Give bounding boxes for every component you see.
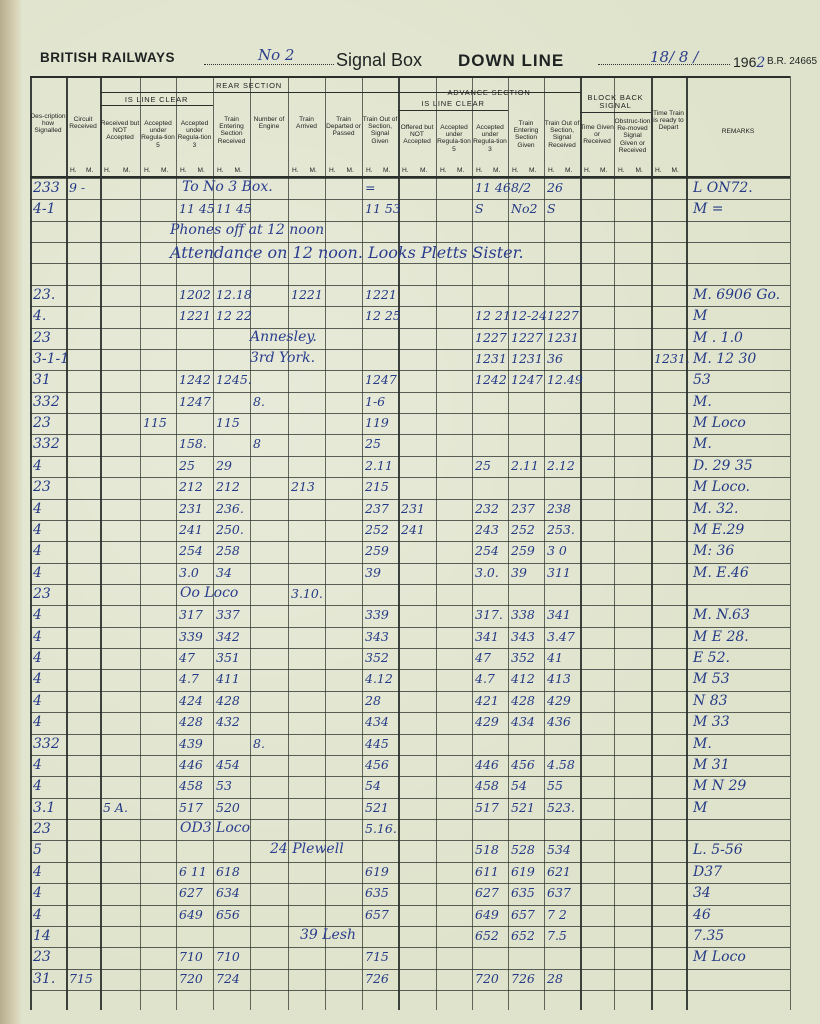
entry-remarks: M . 1.0 — [693, 330, 789, 346]
entry-acc3-rear: 1202 — [179, 287, 212, 302]
entry-out-rear: 715 — [365, 949, 397, 964]
minute-label: M. — [383, 167, 390, 174]
row-rule — [30, 178, 790, 179]
row-rule — [30, 712, 790, 713]
entry-ent-adv: 434 — [511, 714, 543, 729]
entry-acc3-adv: 611 — [475, 864, 507, 879]
year-printed: 196 — [733, 54, 756, 70]
entry-acc3-adv: 1227 — [475, 330, 507, 345]
entry-acc3-rear: 25 — [179, 458, 212, 473]
entry-ent-adv: 39 — [511, 565, 543, 580]
entry-desc: 23 — [33, 821, 65, 837]
entry-ent-adv: 8/2 — [511, 180, 543, 195]
entry-remarks: M N 29 — [693, 778, 789, 794]
row-rule — [30, 969, 790, 970]
row-rule — [30, 477, 790, 478]
entry-desc: 4 — [33, 458, 65, 474]
column-rule — [362, 76, 363, 1010]
entry-out-rear: 1221 — [365, 287, 397, 302]
entry-acc3-adv: 232 — [475, 501, 507, 516]
entry-desc: 5 — [33, 842, 65, 858]
entry-out-rear: 119 — [365, 415, 397, 430]
column-rule — [213, 76, 214, 1010]
entry-acc3-rear: 47 — [179, 650, 212, 665]
year: 1962 — [733, 54, 765, 71]
entry-acc3-adv: S — [475, 201, 507, 216]
row-rule — [30, 627, 790, 628]
entry-acc3-adv: 421 — [475, 693, 507, 708]
entry-ent-rear: 710 — [216, 949, 249, 964]
column-rule — [580, 76, 582, 1010]
entry-acc3-adv: 627 — [475, 885, 507, 900]
entry-ent-adv: 237 — [511, 501, 543, 516]
column-rule — [398, 76, 400, 1010]
entry-out-rear: 54 — [365, 778, 397, 793]
col-rear: Number of Engine — [250, 116, 288, 130]
entry-remarks: M E.29 — [693, 522, 789, 538]
entry-acc3-adv: 243 — [475, 522, 507, 537]
entry-note: Phones off at 12 noon — [170, 222, 324, 238]
entry-ent-adv: 352 — [511, 650, 543, 665]
entry-acc3-adv: 25 — [475, 458, 507, 473]
entry-remarks: M — [693, 308, 789, 324]
block-rule — [580, 112, 651, 113]
entry-ent-rear: 520 — [216, 800, 249, 815]
entry-remarks: M. — [693, 736, 789, 752]
entry-remarks: M Loco — [693, 415, 789, 431]
entry-desc: 4 — [33, 714, 65, 730]
box-number: No 2 — [258, 46, 294, 64]
col-advance: Train Out of Section, Signal Received — [544, 120, 580, 149]
line-direction: DOWN LINE — [458, 51, 564, 71]
entry-acc3-rear: 627 — [179, 885, 212, 900]
column-rule — [250, 76, 251, 1010]
entry-out-adv: 26 — [547, 180, 579, 195]
entry-ent-adv: 619 — [511, 864, 543, 879]
entry-ent-adv: 1231 — [511, 351, 543, 366]
column-rule — [436, 76, 437, 1010]
row-rule — [30, 669, 790, 670]
entry-desc: 4 — [33, 885, 65, 901]
entry-desc: 4 — [33, 907, 65, 923]
entry-ent-adv: 635 — [511, 885, 543, 900]
hour-label: H. — [655, 167, 662, 174]
column-rule — [686, 76, 688, 1010]
entry-ent-rear: 342 — [216, 629, 249, 644]
entry-desc: 4 — [33, 778, 65, 794]
entry-out-adv: 429 — [547, 693, 579, 708]
entry-remarks: D. 29 35 — [693, 458, 789, 474]
entry-acc3-adv: 518 — [475, 842, 507, 857]
entry-acc3-adv: 1231 — [475, 351, 507, 366]
entry-remarks: L. 5-56 — [693, 842, 789, 858]
column-rule — [614, 76, 615, 1010]
entry-out-adv: 4.58 — [547, 757, 579, 772]
entry-desc: 4 — [33, 565, 65, 581]
entry-desc: 23 — [33, 415, 65, 431]
minute-label: M. — [672, 167, 679, 174]
entry-remarks: M 33 — [693, 714, 789, 730]
entry-out-adv: 311 — [547, 565, 579, 580]
hour-label: H. — [292, 167, 299, 174]
entry-desc: 23. — [33, 287, 65, 303]
entry-out-adv: 7.5 — [547, 928, 579, 943]
entry-desc: 4-1 — [33, 201, 65, 217]
entry-ent-adv: 1227 — [511, 330, 543, 345]
entry-acc3-adv: 652 — [475, 928, 507, 943]
entry-remarks: M Loco — [693, 949, 789, 965]
entry-out-rear: 619 — [365, 864, 397, 879]
entry-desc: 3-1-1 — [33, 351, 65, 367]
hour-label: H. — [217, 167, 224, 174]
entry-out-rear: 252 — [365, 522, 397, 537]
row-rule — [30, 263, 790, 264]
column-rule — [100, 76, 102, 1010]
entry-out-adv: 238 — [547, 501, 579, 516]
entry-acc3-rear: 339 — [179, 629, 212, 644]
entry-out-rear: 215 — [365, 479, 397, 494]
entry-desc: 332 — [33, 436, 65, 452]
entry-desc: 31 — [33, 372, 65, 388]
row-rule — [30, 883, 790, 884]
entry-remarks: 34 — [693, 885, 789, 901]
row-rule — [30, 734, 790, 735]
entry-acc3-rear: 710 — [179, 949, 212, 964]
entry-acc3-adv: 429 — [475, 714, 507, 729]
entry-acc3-rear: 3.0 — [179, 565, 212, 580]
column-rule — [288, 76, 289, 1010]
entry-out-rear: 635 — [365, 885, 397, 900]
entry-out-rear: 5.16. — [365, 821, 397, 836]
entry-arrived: 1221 — [291, 287, 324, 302]
entry-remarks: M. 6906 Go. — [693, 287, 789, 303]
column-rule — [176, 76, 177, 1010]
entry-out-rear: 1-6 — [365, 394, 397, 409]
entry-ent-adv: 456 — [511, 757, 543, 772]
col-rear: Train Arrived — [288, 116, 325, 130]
row-rule — [30, 776, 790, 777]
entry-desc: 23 — [33, 479, 65, 495]
entry-ent-adv: 1247 — [511, 372, 543, 387]
entry-ent-adv: 652 — [511, 928, 543, 943]
entry-out-rear: 343 — [365, 629, 397, 644]
page-header: BRITISH RAILWAYS No 2 Signal Box DOWN LI… — [40, 44, 820, 74]
hour-label: H. — [104, 167, 111, 174]
col-advance: Offered but NOT Accepted — [398, 124, 436, 146]
entry-out-rear: 456 — [365, 757, 397, 772]
entry-out-rear: 237 — [365, 501, 397, 516]
organisation-title: BRITISH RAILWAYS — [40, 50, 175, 65]
entry-desc: 4 — [33, 501, 65, 517]
entry-remarks: M. E.46 — [693, 565, 789, 581]
minute-label: M. — [161, 167, 168, 174]
entry-out-adv: 341 — [547, 607, 579, 622]
book-spine — [0, 0, 22, 1024]
entry-desc: 4 — [33, 607, 65, 623]
entry-out-adv: 1227 — [547, 308, 579, 323]
rear-group-rule — [100, 92, 398, 93]
row-rule — [30, 456, 790, 457]
date-handwritten: 18/ 8 / — [650, 48, 698, 66]
minute-label: M. — [198, 167, 205, 174]
entry-note: Oo Loco — [180, 585, 238, 601]
entry-out-rear: 12 25 — [365, 308, 397, 323]
entry-acc3-adv: 47 — [475, 650, 507, 665]
hour-label: H. — [512, 167, 519, 174]
column-rule — [790, 76, 791, 1010]
row-rule — [30, 434, 790, 435]
entry-ent-adv: 12-24 — [511, 308, 543, 323]
minute-label: M. — [123, 167, 130, 174]
entry-ent-rear: 258 — [216, 543, 249, 558]
entry-ent-adv: 2.11 — [511, 458, 543, 473]
minute-label: M. — [600, 167, 607, 174]
row-rule — [30, 798, 790, 799]
entry-acc3-rear: 231 — [179, 501, 212, 516]
entry-out-adv: 436 — [547, 714, 579, 729]
col-description: Des-cription how Signalled — [30, 113, 66, 135]
entry-acc3-rear: 649 — [179, 907, 212, 922]
entry-acc3-adv: 720 — [475, 971, 507, 986]
entry-out-rear: 25 — [365, 436, 397, 451]
advance-ilc-rule — [398, 110, 508, 111]
entry-desc: 14 — [33, 928, 65, 944]
entry-out-adv: 3.47 — [547, 629, 579, 644]
entry-acc3-rear: 158. — [179, 436, 212, 451]
entry-desc: 4 — [33, 757, 65, 773]
entry-note: 24 Plewell — [270, 841, 344, 857]
row-rule — [30, 947, 790, 948]
entry-acc3-rear: 254 — [179, 543, 212, 558]
row-rule — [30, 691, 790, 692]
entry-acc3-adv: 446 — [475, 757, 507, 772]
col-rear: Received but NOT Accepted — [100, 120, 140, 142]
entry-acc3-rear: 241 — [179, 522, 212, 537]
row-rule — [30, 349, 790, 350]
entry-remarks: 53 — [693, 372, 789, 388]
row-rule — [30, 328, 790, 329]
entry-out-adv: 28 — [547, 971, 579, 986]
entry-acc3-adv: 517 — [475, 800, 507, 815]
entry-offered-adv: 241 — [401, 522, 435, 537]
hour-label: H. — [548, 167, 555, 174]
row-rule — [30, 520, 790, 521]
minute-label: M. — [529, 167, 536, 174]
minute-label: M. — [310, 167, 317, 174]
entry-acc3-rear: 6 11 — [179, 864, 212, 879]
entry-ent-rear: 212 — [216, 479, 249, 494]
row-rule — [30, 605, 790, 606]
hour-label: H. — [402, 167, 409, 174]
entry-note: 3rd York. — [250, 350, 315, 366]
minute-label: M. — [457, 167, 464, 174]
entry-remarks: L ON72. — [693, 180, 789, 196]
advance-is-line-clear-heading: IS LINE CLEAR — [398, 99, 508, 108]
col-advance: Accepted under Regula-tion 3 — [472, 124, 508, 153]
entry-ent-adv: 412 — [511, 671, 543, 686]
entry-out-rear: 2.11 — [365, 458, 397, 473]
entry-out-adv: 534 — [547, 842, 579, 857]
hour-label: H. — [366, 167, 373, 174]
entry-acc3-rear: 1242 — [179, 372, 212, 387]
entry-acc3-rear: 4.7 — [179, 671, 212, 686]
entry-ent-rear: 236. — [216, 501, 249, 516]
row-rule — [30, 199, 790, 200]
col-advance: Train Entering Section Given — [508, 120, 544, 149]
col-block: Time Given or Received — [580, 124, 614, 146]
col-rear: Accepted under Regula-tion 3 — [176, 120, 213, 149]
row-rule — [30, 285, 790, 286]
entry-desc: 23 — [33, 330, 65, 346]
entry-circuit: 715 — [69, 971, 99, 986]
entry-out-rear: 657 — [365, 907, 397, 922]
entry-acc3-rear: 458 — [179, 778, 212, 793]
entry-note: OD3 Loco — [180, 820, 250, 836]
entry-ent-adv: 54 — [511, 778, 543, 793]
hour-label: H. — [440, 167, 447, 174]
rear-is-line-clear-heading: IS LINE CLEAR — [100, 95, 213, 104]
entry-desc: 4 — [33, 693, 65, 709]
entry-remarks: M. — [693, 436, 789, 452]
entry-ent-rear: 351 — [216, 650, 249, 665]
entry-ent-rear: 11 45 — [216, 201, 249, 216]
entry-acc3-adv: 458 — [475, 778, 507, 793]
entry-ent-adv: 657 — [511, 907, 543, 922]
entry-remarks: 7.35 — [693, 928, 789, 944]
minute-label: M. — [565, 167, 572, 174]
row-rule — [30, 819, 790, 820]
entry-ent-rear: 454 — [216, 757, 249, 772]
entry-acc3-adv: 254 — [475, 543, 507, 558]
entry-out-rear: 1247 — [365, 372, 397, 387]
entry-acc3-rear: 1247 — [179, 394, 212, 409]
entry-ent-adv: 343 — [511, 629, 543, 644]
entry-remarks: M. 32. — [693, 501, 789, 517]
col-advance: Accepted under Regula-tion 5 — [436, 124, 472, 153]
entry-ent-rear: 12 22 — [216, 308, 249, 323]
row-rule — [30, 926, 790, 927]
column-rule — [508, 76, 509, 1010]
row-rule — [30, 392, 790, 393]
entry-ent-rear: 12.18 — [216, 287, 249, 302]
row-rule — [30, 584, 790, 585]
col-rear: Train Entering Section Received — [213, 116, 250, 145]
entry-out-rear: 11 53 — [365, 201, 397, 216]
entry-out-adv: 41 — [547, 650, 579, 665]
entry-ent-adv: 428 — [511, 693, 543, 708]
row-rule — [30, 306, 790, 307]
entry-ent-rear: 618 — [216, 864, 249, 879]
entry-ent-adv: 726 — [511, 971, 543, 986]
hour-label: H. — [180, 167, 187, 174]
entry-desc: 4. — [33, 308, 65, 324]
hour-label: H. — [329, 167, 336, 174]
entry-desc: 4 — [33, 629, 65, 645]
hour-label: H. — [584, 167, 591, 174]
row-rule — [30, 370, 790, 371]
row-rule — [30, 840, 790, 841]
col-remarks: REMARKS — [686, 128, 790, 135]
entry-out-rear: 521 — [365, 800, 397, 815]
entry-acc3-rear: 11 45 — [179, 201, 212, 216]
column-rule — [325, 76, 326, 1010]
header-rule — [30, 76, 790, 78]
entry-acc3-rear: 446 — [179, 757, 212, 772]
entry-desc: 4 — [33, 543, 65, 559]
entry-desc: 4 — [33, 650, 65, 666]
entry-note: Attendance on 12 noon. Looks Pletts Sist… — [170, 243, 524, 262]
entry-out-adv: 1231 — [547, 330, 579, 345]
entry-out-adv: 621 — [547, 864, 579, 879]
entry-acc3-adv: 11 46 — [475, 180, 507, 195]
entry-engine: 8. — [253, 394, 287, 409]
form-number: B.R. 24665 — [767, 56, 817, 67]
column-rule — [66, 76, 68, 1010]
signal-box-label: Signal Box — [336, 50, 422, 71]
entry-out-adv: 3 0 — [547, 543, 579, 558]
entry-acc5-rear: 115 — [143, 415, 175, 430]
entry-ent-rear: 411 — [216, 671, 249, 686]
entry-acc3-adv: 12 21 — [475, 308, 507, 323]
entry-ent-adv: No2 — [511, 201, 543, 216]
row-rule — [30, 990, 790, 991]
column-rule — [651, 76, 653, 1010]
entry-offered-adv: 231 — [401, 501, 435, 516]
entry-out-rear: 726 — [365, 971, 397, 986]
entry-acc3-adv: 4.7 — [475, 671, 507, 686]
row-rule — [30, 648, 790, 649]
entry-remarks: M: 36 — [693, 543, 789, 559]
entry-remarks: M 53 — [693, 671, 789, 687]
entry-out-adv: 523. — [547, 800, 579, 815]
col-block: Obstruc-tion Re-moved Signal Given or Re… — [614, 118, 651, 154]
entry-ent-adv: 259 — [511, 543, 543, 558]
minute-label: M. — [420, 167, 427, 174]
hour-label: H. — [144, 167, 151, 174]
column-rule — [472, 76, 473, 1010]
entry-desc: 4 — [33, 671, 65, 687]
entry-out-adv: 7 2 — [547, 907, 579, 922]
entry-desc: 332 — [33, 736, 65, 752]
entry-ent-rear: 250. — [216, 522, 249, 537]
entry-acc3-adv: 649 — [475, 907, 507, 922]
entry-note: To No 3 Box. — [182, 179, 273, 195]
row-rule — [30, 541, 790, 542]
entry-desc: 23 — [33, 949, 65, 965]
entry-acc3-rear: 439 — [179, 736, 212, 751]
entry-acc3-rear: 212 — [179, 479, 212, 494]
entry-remarks: M Loco. — [693, 479, 789, 495]
year-handwritten: 2 — [756, 55, 765, 71]
entry-acc3-rear: 720 — [179, 971, 212, 986]
column-rule — [544, 76, 545, 1010]
minute-label: M. — [347, 167, 354, 174]
rear-section-heading: REAR SECTION — [100, 81, 398, 90]
col-rear: Accepted under Regula-tion 5 — [140, 120, 176, 149]
entry-desc: 4 — [33, 864, 65, 880]
entry-ent-adv: 528 — [511, 842, 543, 857]
entry-out-rear: 352 — [365, 650, 397, 665]
row-rule — [30, 862, 790, 863]
entry-circuit: 9 - — [69, 180, 99, 195]
col-circuit: Circuit Received — [66, 116, 100, 130]
entry-ent-rear: 1245. — [216, 372, 249, 387]
entry-acc3-adv: 1242 — [475, 372, 507, 387]
column-rule — [30, 76, 32, 1010]
entry-note: 39 Lesh — [300, 927, 356, 943]
row-rule — [30, 413, 790, 414]
entry-remarks: M. — [693, 394, 789, 410]
